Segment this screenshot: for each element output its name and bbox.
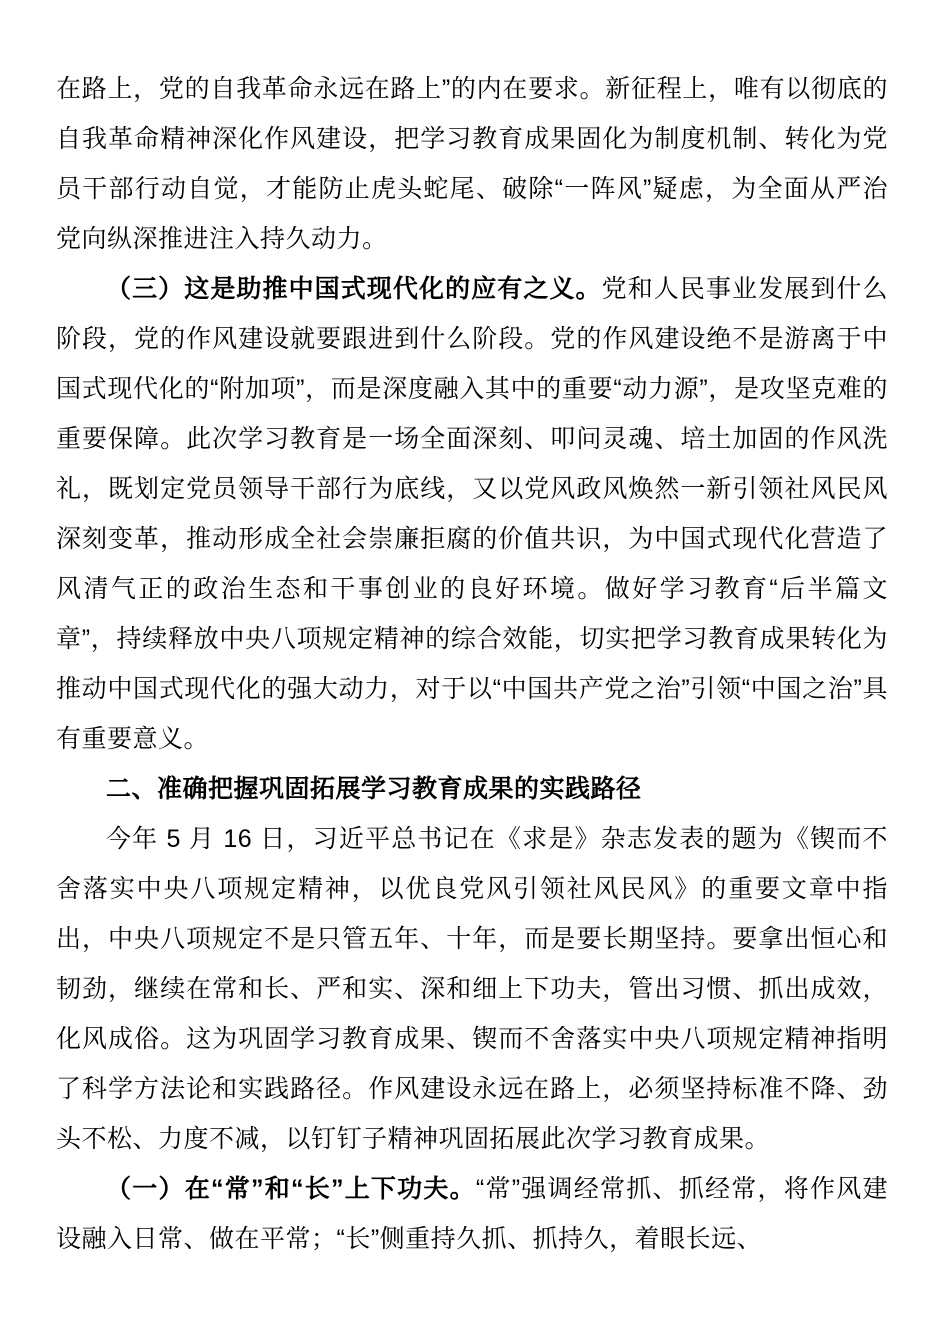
text-run-bold: 二、准确把握巩固拓展学习教育成果的实践路径 xyxy=(106,775,642,803)
text-run: 今年 5 月 16 日，习近平总书记在《求是》杂志发表的题为《锲而不舍落实中央八… xyxy=(56,825,888,1153)
section-heading-two: 二、准确把握巩固拓展学习教育成果的实践路径 xyxy=(56,764,888,814)
text-run-bold: （三）这是助推中国式现代化的应有之义。 xyxy=(106,275,602,303)
text-run-bold: （一）在“常”和“长”上下功夫。 xyxy=(106,1175,476,1203)
document-page: 在路上，党的自我革命永远在路上”的内在要求。新征程上，唯有以彻底的自我革命精神深… xyxy=(0,0,950,1344)
paragraph-continuation: 在路上，党的自我革命永远在路上”的内在要求。新征程上，唯有以彻底的自我革命精神深… xyxy=(56,64,888,264)
text-run: 党和人民事业发展到什么阶段，党的作风建设就要跟进到什么阶段。党的作风建设绝不是游… xyxy=(56,275,888,753)
paragraph-point-three: （三）这是助推中国式现代化的应有之义。党和人民事业发展到什么阶段，党的作风建设就… xyxy=(56,264,888,764)
paragraph-quote-article: 今年 5 月 16 日，习近平总书记在《求是》杂志发表的题为《锲而不舍落实中央八… xyxy=(56,814,888,1164)
paragraph-point-one: （一）在“常”和“长”上下功夫。“常”强调经常抓、抓经常，将作风建设融入日常、做… xyxy=(56,1164,888,1264)
text-run: 在路上，党的自我革命永远在路上”的内在要求。新征程上，唯有以彻底的自我革命精神深… xyxy=(56,75,888,253)
